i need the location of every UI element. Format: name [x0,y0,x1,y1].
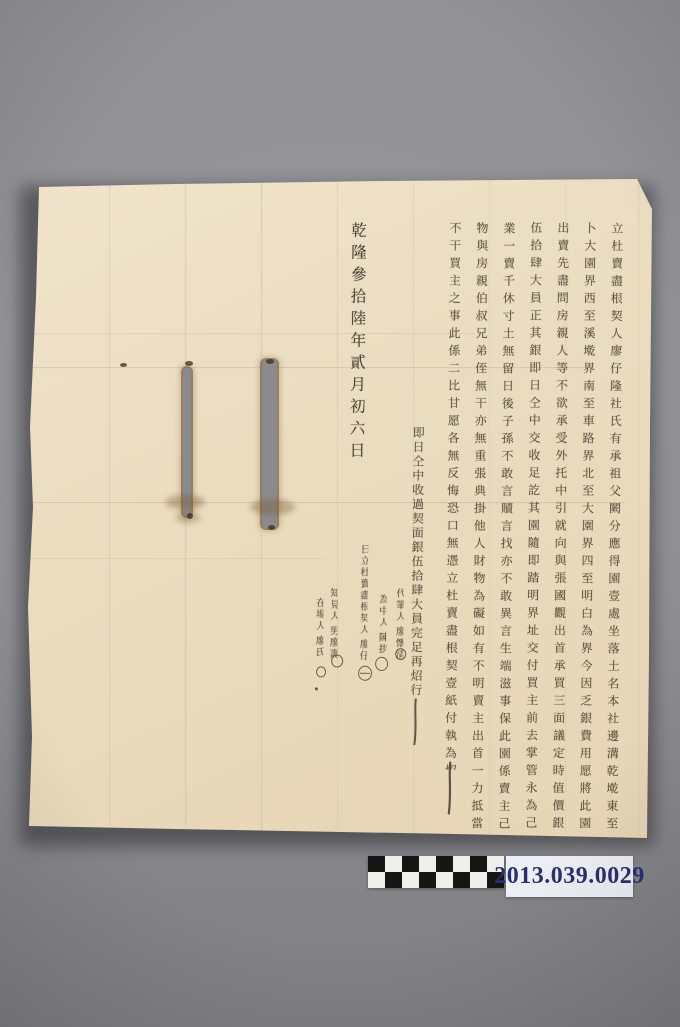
photo-vignette [0,0,680,1027]
